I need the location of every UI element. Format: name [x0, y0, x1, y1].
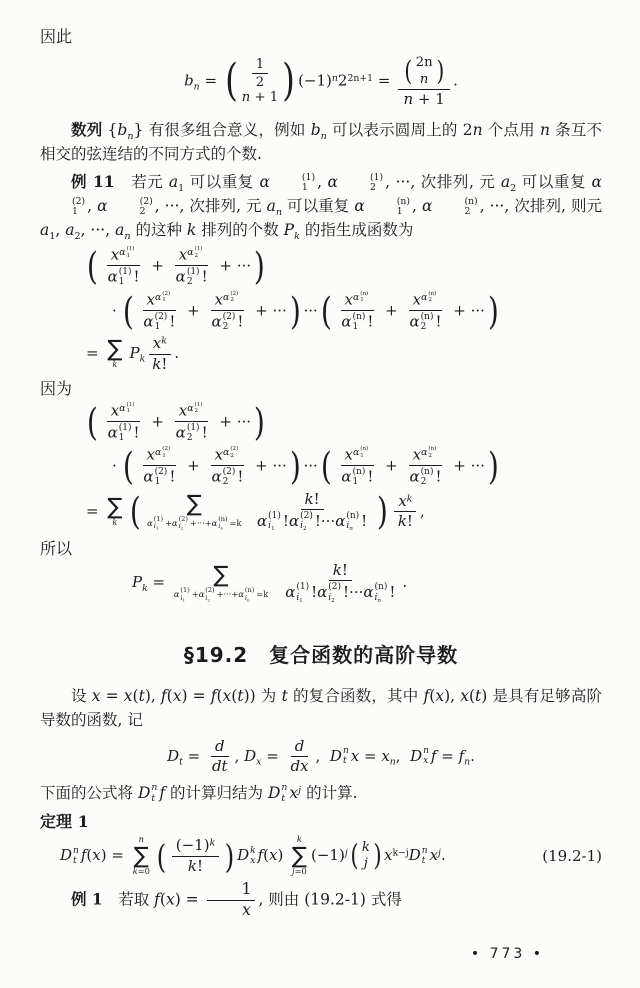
math-supsub: (1)1 — [271, 173, 315, 194]
math-text: ! — [367, 467, 373, 485]
math-text: k — [362, 840, 370, 855]
math-text: 设 — [71, 687, 92, 705]
math-text: x — [223, 687, 232, 705]
sum-operator: ∑α(1)i1+α(2)i2+···+α(n)in=k — [147, 493, 241, 531]
math-numerator: d — [211, 738, 229, 757]
math-text: α — [97, 197, 107, 215]
math-supsub-bottom: t — [151, 794, 155, 805]
math-text: ! — [134, 423, 140, 441]
math-text: 1 — [119, 433, 125, 443]
math-text: + — [182, 457, 204, 475]
math-numerator: xα(1)2 — [175, 246, 209, 266]
math-supsub: (2)1 — [155, 312, 168, 333]
math-text: k — [407, 494, 413, 505]
math-numerator: xα(n)1 — [341, 446, 375, 466]
math-text: 1 — [155, 322, 161, 332]
math-supsub: (2)i2 — [179, 516, 188, 531]
math-text: x — [215, 446, 223, 464]
math-text: +···+ — [217, 589, 239, 599]
math-denominator: dt — [208, 757, 232, 775]
math-text: k — [112, 359, 117, 369]
math-supsub-top: (2) — [223, 312, 236, 322]
formula-product-line2: ·(xα(2)1α(2)1! + xα(2)2α(2)2! + ···)···(… — [40, 291, 602, 332]
math-supsub: (1)i1 — [296, 582, 309, 604]
math-sub: 1 — [183, 597, 186, 602]
math-sup: k — [210, 838, 216, 849]
math-text: 例 11 — [71, 172, 115, 191]
math-text: x — [179, 246, 187, 264]
math-text: α — [187, 403, 193, 414]
math-text: , — [317, 173, 327, 191]
math-supsub-bottom: 1 — [127, 253, 131, 259]
math-text: D — [268, 784, 280, 802]
math-text: 可以重复 — [282, 197, 354, 215]
big-paren: ( — [225, 60, 238, 104]
math-text: ) = — [181, 687, 210, 705]
math-sup: α(1)2 — [187, 247, 204, 258]
math-fraction: xα(1)2α(1)2! — [172, 402, 212, 443]
math-text: , — [55, 221, 65, 239]
math-text: α — [155, 447, 161, 458]
math-supsub-bottom: 1 — [155, 322, 161, 332]
math-denominator: α(n)1! — [337, 466, 377, 488]
big-paren: ) — [373, 842, 381, 871]
math-text: . — [470, 746, 475, 764]
math-text: 2 — [230, 297, 234, 303]
math-text: k — [161, 336, 167, 347]
math-text: n — [422, 846, 428, 856]
math-text: (2) — [72, 196, 85, 207]
math-fraction: k!α(1)i1!α(2)i2!···α(n)in! — [281, 562, 399, 604]
math-text: t — [73, 856, 77, 866]
sum-operator: ∑k — [107, 496, 122, 528]
math-supsub: (1)1 — [127, 246, 135, 259]
math-fraction: (−1)kk! — [172, 837, 219, 875]
math-text: P — [132, 573, 142, 591]
math-fraction: xα(2)1α(2)1! — [139, 446, 179, 487]
math-text: (1) — [187, 267, 200, 277]
big-paren: ) — [225, 840, 235, 873]
math-supsub: (2)2 — [230, 291, 238, 304]
math-text: x — [166, 891, 175, 909]
math-supsub: (2)1 — [162, 291, 170, 304]
math-text: , — [235, 746, 245, 764]
math-text: a — [169, 173, 178, 191]
math-sub: 2 — [181, 526, 184, 531]
para-label-suoyi: 所以 — [40, 536, 602, 559]
math-supsub-bottom: i1 — [296, 593, 302, 605]
math-text: x — [147, 290, 155, 308]
math-sup: α(2)1 — [155, 447, 172, 458]
math-supsub-bottom: 1 — [162, 453, 166, 459]
para-li1: 例 1 若取 f(x) = 1x, 则由 (19.2-1) 式得 — [40, 881, 602, 920]
math-text: + — [147, 413, 169, 431]
math-supsub-bottom: 1 — [271, 183, 308, 194]
sum-operator: ∑α(1)i1+α(2)i2+···+α(n)in=k — [174, 564, 268, 602]
math-text: n — [281, 782, 287, 793]
math-supsub: (1)i1 — [154, 516, 163, 531]
math-text: = — [183, 746, 205, 764]
math-text: (−1) — [176, 836, 210, 854]
math-supsub: (1)1 — [119, 423, 132, 444]
math-supsub-bottom: 2 — [339, 183, 376, 194]
math-sub: 1 — [156, 526, 159, 531]
math-numerator: (2nn) — [398, 55, 450, 90]
math-text: x — [345, 446, 353, 464]
math-numerator: xk — [149, 335, 171, 354]
math-text: α — [238, 589, 244, 599]
sum-lower-limit: k — [112, 360, 117, 370]
math-numerator: xα(1)1 — [107, 246, 141, 266]
math-stack: 12n + 1 — [242, 57, 278, 107]
math-sup: k — [161, 336, 167, 347]
math-text: 2 — [181, 526, 184, 531]
big-paren: ( — [156, 840, 166, 873]
math-supsub-top: (1) — [119, 423, 132, 433]
math-supsub-bottom: 1 — [360, 297, 364, 303]
math-supsub-bottom: 2 — [187, 433, 193, 443]
math-text: , ···, 次排列, 元 — [155, 197, 267, 215]
math-text: 2 — [140, 206, 146, 217]
math-text: ! — [407, 512, 413, 530]
math-text: (n) — [397, 196, 410, 207]
math-text: (−1) — [298, 72, 332, 90]
math-text: k — [250, 846, 255, 856]
math-numerator: xk — [394, 493, 416, 512]
math-text: { — [102, 121, 117, 139]
math-supsub-bottom: 1 — [119, 433, 125, 443]
sum-operator: n∑k=0 — [133, 835, 150, 877]
math-denominator: α(n)1! — [337, 311, 377, 333]
math-text: ! — [435, 467, 441, 485]
math-text: α — [363, 583, 373, 601]
math-text: 2 — [256, 75, 264, 90]
math-supsub-bottom: 2 — [223, 322, 229, 332]
para-li11: 例 11 若元 a1 可以重复 α(1)1, α(1)2, ···, 次排列, … — [40, 170, 602, 242]
math-numerator: xα(2)2 — [211, 291, 245, 311]
math-fraction: xkk! — [148, 335, 171, 373]
math-text: ! — [237, 312, 243, 330]
math-stack-top: k — [362, 840, 370, 857]
math-text: α — [421, 447, 427, 458]
math-denominator: k! — [394, 512, 417, 530]
math-supsub-bottom: 1 — [155, 477, 161, 487]
math-text: x — [423, 756, 428, 766]
math-sup: 2n+1 — [347, 73, 373, 84]
math-text: α — [176, 267, 186, 285]
math-supsub-top: (1) — [119, 267, 132, 277]
math-sup: α(2)2 — [223, 292, 240, 303]
math-text: (n) — [421, 467, 434, 477]
sigma-icon: ∑ — [107, 496, 122, 519]
math-text: (1) — [195, 402, 203, 408]
sum-lower-limit: k=0 — [133, 867, 150, 877]
math-text: !··· — [343, 583, 363, 601]
math-text: ! — [161, 355, 167, 373]
math-text: 1 — [72, 206, 78, 217]
math-text: 2 — [207, 597, 210, 602]
math-sup: α(n)2 — [421, 292, 438, 303]
math-supsub: (n)2 — [421, 312, 434, 333]
math-sub: k — [140, 354, 146, 365]
math-text: x — [413, 446, 421, 464]
math-supsub: (1)2 — [195, 402, 203, 415]
math-supsub-top: (2) — [109, 197, 153, 208]
math-text: α — [147, 518, 153, 528]
math-text: ··· — [303, 457, 317, 475]
math-sup: α(1)1 — [119, 403, 136, 414]
math-supsub-bottom: x — [250, 856, 255, 866]
math-text: α — [172, 518, 178, 528]
math-stack-bottom: n + 1 — [242, 90, 278, 107]
math-text: n — [473, 121, 483, 139]
math-fraction: k!α(1)i1!α(2)i2!···α(n)in! — [253, 491, 371, 533]
math-text: (2) — [230, 291, 238, 297]
math-supsub-bottom: 2 — [428, 297, 432, 303]
big-paren: ( — [404, 58, 412, 85]
math-text: 1 — [397, 206, 403, 217]
math-supsub-top: (2) — [300, 511, 313, 521]
math-supsub: (2)i2 — [300, 511, 313, 533]
math-text: α — [354, 197, 364, 215]
math-supsub-bottom: t — [343, 756, 347, 766]
math-text: t — [422, 856, 426, 866]
math-supsub: (2)2 — [223, 312, 236, 333]
math-text: α — [108, 423, 118, 441]
math-text: d — [295, 737, 305, 755]
math-denominator: 2 — [252, 74, 268, 90]
math-text: x — [147, 446, 155, 464]
math-text: . — [441, 846, 446, 864]
big-paren: ( — [321, 448, 332, 486]
math-text: !··· — [315, 512, 335, 530]
math-denominator: α(1)1! — [104, 422, 144, 444]
math-text: ! — [169, 312, 175, 330]
math-text: (n) — [360, 291, 368, 297]
math-text: 1 — [127, 408, 131, 414]
math-supsub-bottom: x — [423, 756, 428, 766]
math-text: k — [398, 512, 407, 530]
math-text: , ···, — [81, 221, 116, 239]
math-text: α — [176, 423, 186, 441]
math-supsub: (n)1 — [353, 467, 366, 488]
math-text: ! — [202, 423, 208, 441]
math-supsub-bottom: i2 — [205, 595, 210, 603]
math-text: x — [124, 687, 133, 705]
math-text: +···+ — [190, 518, 212, 528]
math-text: 2 — [195, 253, 199, 259]
math-text: (2) — [230, 446, 238, 452]
math-text: 1 — [155, 477, 161, 487]
math-text: 例 1 — [71, 890, 103, 909]
math-text: α — [410, 312, 420, 330]
big-paren: ) — [254, 248, 265, 286]
math-text: + ··· — [215, 257, 251, 275]
math-supsub-top: n — [422, 846, 428, 856]
math-supsub-top: (2) — [155, 312, 168, 322]
math-denominator: α(2)1! — [139, 466, 179, 488]
math-text: 2n — [416, 55, 433, 70]
math-text: α — [199, 589, 205, 599]
math-text: 数列 — [71, 120, 102, 139]
math-text: ! — [202, 267, 208, 285]
math-numerator: xα(n)1 — [341, 291, 375, 311]
math-text: 2 — [223, 477, 229, 487]
math-text: (1) — [119, 267, 132, 277]
math-supsub-bottom: i1 — [180, 595, 185, 603]
math-sup: α(n)1 — [353, 292, 370, 303]
math-text: j — [364, 856, 368, 871]
math-text: ! — [197, 857, 203, 875]
math-text: α — [410, 467, 420, 485]
math-supsub-bottom: 1 — [162, 297, 166, 303]
formula-operators: Dt = ddt, Dx = ddx, Dntx = xn, Dnxf = fn… — [40, 738, 602, 776]
math-text: ) = — [175, 891, 204, 909]
para-shulie: 数列 {bn} 有很多组合意义，例如 bn 可以表示圆周上的 2n 个点用 n … — [40, 118, 602, 166]
math-text: = — [86, 344, 103, 362]
math-text: α — [174, 589, 180, 599]
big-paren: ( — [123, 293, 134, 331]
math-supsub-bottom: in — [346, 521, 352, 533]
math-text: α — [211, 467, 221, 485]
math-supsub-top: (n) — [375, 582, 388, 592]
math-text: 可以重复 — [516, 173, 591, 191]
math-stack-top: 12 — [249, 57, 271, 90]
math-text: ! — [237, 467, 243, 485]
math-supsub-bottom: 2 — [421, 477, 427, 487]
math-text: 2 — [195, 408, 199, 414]
math-text: b — [184, 72, 194, 90]
math-supsub: (2)1 — [162, 446, 170, 459]
math-text: 若取 — [103, 891, 154, 909]
math-sub: n — [377, 598, 381, 604]
math-stack-top: 2n — [416, 55, 433, 72]
math-supsub: (n)1 — [353, 312, 366, 333]
math-supsub-top: (2) — [328, 582, 341, 592]
math-text: n — [151, 782, 157, 793]
math-text: (2) — [155, 467, 168, 477]
math-supsub: (n)1 — [360, 446, 368, 459]
math-text: α — [285, 583, 295, 601]
formula-bn: bn = (12n + 1)(−1)n22n+1 = (2nn)n + 1. — [40, 55, 602, 108]
math-supsub: (1)2 — [195, 246, 203, 259]
sum-operator: ∑k — [107, 338, 122, 370]
math-supsub-bottom: 2 — [195, 253, 199, 259]
math-text: 的计算. — [301, 784, 357, 802]
math-text: + — [380, 457, 402, 475]
math-fraction: xα(2)2α(2)2! — [207, 291, 247, 332]
math-supsub-bottom: i2 — [328, 593, 334, 605]
math-text: x — [351, 746, 359, 764]
para-she: 设 x = x(t), f(x) = f(x(t)) 为 t 的复合函数，其中 … — [40, 684, 602, 732]
math-fraction: xα(1)1α(1)1! — [104, 246, 144, 287]
math-sub: 1 — [271, 527, 275, 533]
math-text: = — [86, 502, 103, 520]
math-text: 1 — [353, 322, 359, 332]
math-text: = — [148, 573, 170, 591]
sigma-icon: ∑ — [213, 564, 228, 587]
math-text: ! — [389, 583, 395, 601]
math-text: α — [421, 292, 427, 303]
math-supsub-bottom: 2 — [230, 297, 234, 303]
math-text: x — [381, 746, 389, 764]
big-paren: ) — [282, 60, 295, 104]
math-text: P — [130, 344, 140, 362]
math-fraction: 12 — [252, 57, 268, 90]
formula-because-line1: (xα(1)1α(1)1! + xα(1)2α(1)2! + ···) — [40, 402, 602, 443]
math-text: d — [215, 737, 225, 755]
formula-because-line3: = ∑k(∑α(1)i1+α(2)i2+···+α(n)in=kk!α(1)i1… — [40, 491, 602, 533]
math-supsub: nt — [151, 783, 157, 804]
math-denominator: α(2)1! — [139, 311, 179, 333]
math-supsub: (n)in — [346, 511, 359, 533]
math-text: (n) — [428, 291, 436, 297]
math-supsub-top: (n) — [421, 467, 434, 477]
math-fraction: xα(1)2α(1)2! — [172, 246, 212, 287]
math-supsub: (1)2 — [187, 267, 200, 288]
big-paren: ) — [488, 293, 499, 331]
math-text: 2 — [303, 527, 307, 533]
math-supsub: nt — [73, 846, 79, 867]
math-text: x — [435, 687, 444, 705]
math-text: 排列的个数 — [196, 221, 283, 239]
math-text: x — [413, 290, 421, 308]
math-text: ! — [367, 312, 373, 330]
math-text: 的复合函数，其中 — [288, 687, 424, 705]
math-text: (2) — [162, 291, 170, 297]
math-supsub: (n)2 — [428, 291, 436, 304]
math-text: α — [257, 512, 267, 530]
math-fraction: (2nn)n + 1 — [398, 55, 450, 108]
math-text: x — [460, 687, 469, 705]
math-supsub-bottom: 1 — [360, 453, 364, 459]
sum-lower-limit: α(1)i1+α(2)i2+···+α(n)in=k — [174, 587, 268, 602]
math-sub: 2 — [331, 598, 335, 604]
math-supsub: (2)2 — [109, 197, 153, 218]
math-supsub-bottom: in — [218, 523, 223, 531]
math-text: (2) — [223, 467, 236, 477]
math-sup: k−j — [392, 848, 408, 859]
math-text: k — [152, 355, 161, 373]
math-fraction: xα(1)1α(1)1! — [104, 402, 144, 443]
math-text: α — [211, 312, 221, 330]
math-text: n — [220, 526, 223, 531]
math-text: D — [60, 846, 72, 864]
math-text: k — [333, 561, 342, 579]
math-text: ! — [435, 312, 441, 330]
math-supsub-bottom: i1 — [154, 523, 159, 531]
math-fraction: xα(n)2α(n)2! — [406, 446, 446, 487]
math-supsub: (2)2 — [230, 446, 238, 459]
math-text: = — [359, 746, 381, 764]
math-text: b — [117, 121, 127, 139]
sum-lower-limit: k — [112, 518, 117, 528]
math-text: + — [147, 257, 169, 275]
big-paren: ( — [87, 248, 98, 286]
math-fraction: xkk! — [394, 493, 417, 531]
math-text: =k — [256, 589, 268, 599]
math-text: = — [373, 72, 395, 90]
math-text: D — [167, 746, 179, 764]
math-supsub-top: (1) — [268, 511, 281, 521]
math-text: . — [402, 573, 407, 591]
math-text: D — [237, 846, 249, 864]
math-text: (−1) — [311, 846, 345, 864]
sum-lower-limit: α(1)i1+α(2)i2+···+α(n)in=k — [147, 516, 241, 531]
math-text: + — [182, 302, 204, 320]
math-text: α — [353, 447, 359, 458]
math-text: + ··· — [250, 457, 286, 475]
